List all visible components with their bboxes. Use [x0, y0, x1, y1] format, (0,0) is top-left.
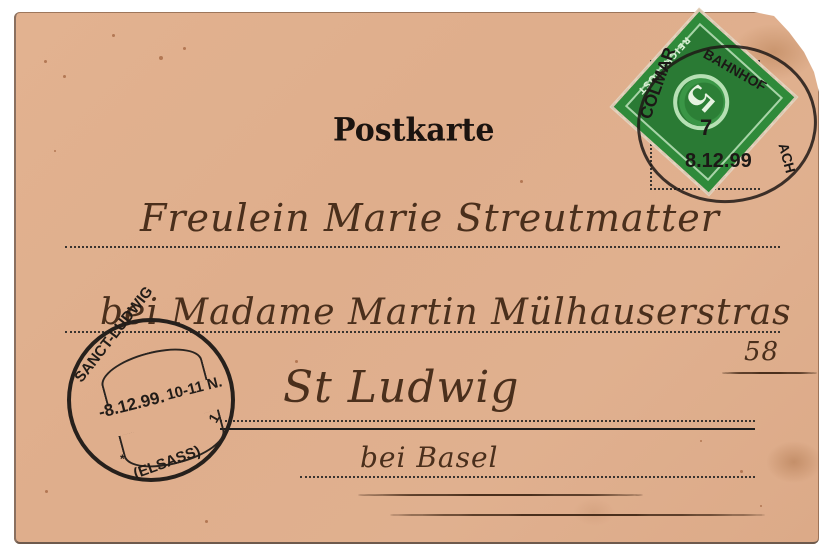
stain-speck	[700, 440, 702, 442]
stain-speck	[760, 505, 762, 507]
recipient-care-of: bei Madame Martin Mülhauserstras	[100, 292, 792, 333]
address-line-4-rule	[300, 476, 755, 478]
colmar-postmark-date: 8.12.99	[685, 150, 752, 173]
address-line-3-rule	[220, 420, 755, 422]
postcard-scan: Postkarte Freulein Marie Streutmatter be…	[0, 0, 831, 560]
house-number: 58	[744, 337, 779, 367]
stain-speck	[740, 470, 743, 473]
stain-speck	[205, 520, 208, 523]
stain-speck	[112, 34, 115, 37]
house-number-underline	[722, 372, 817, 374]
recipient-town: St Ludwig	[283, 362, 519, 413]
stain-speck	[45, 490, 48, 493]
address-line-1-rule	[65, 246, 780, 248]
stain-speck	[520, 180, 523, 183]
underline-flourish	[358, 494, 643, 496]
stain-speck	[159, 56, 163, 60]
address-line-3-underline	[220, 428, 755, 430]
stain-speck	[54, 150, 56, 152]
st-ludwig-postmark-star: *	[120, 452, 125, 466]
stain-speck	[44, 60, 47, 63]
recipient-name: Freulein Marie Streutmatter	[140, 196, 720, 240]
colmar-postmark-time: 7	[700, 115, 712, 141]
stain-speck	[183, 47, 186, 50]
stain-speck	[63, 75, 66, 78]
recipient-region: bei Basel	[360, 441, 499, 474]
postcard-heading: Postkarte	[333, 112, 494, 149]
underline-flourish	[390, 514, 765, 516]
